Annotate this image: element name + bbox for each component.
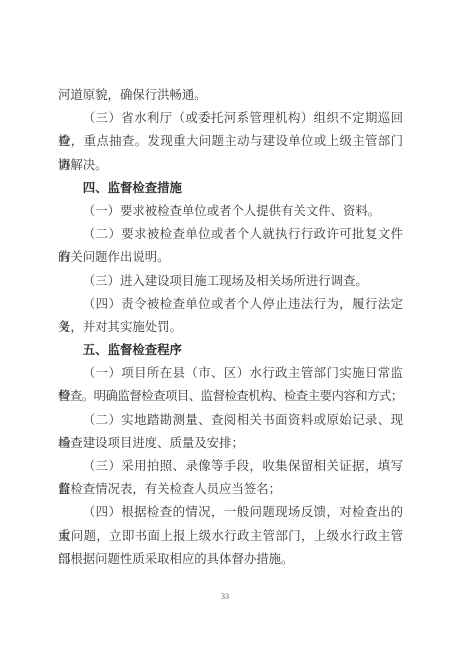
text-line: 有关问题作出说明。: [58, 246, 403, 269]
text-line: 督检查情况表，有关检查人员应当签名；: [58, 478, 403, 501]
text-line: 检查建设项目进度、质量及安排；: [58, 432, 403, 455]
document-page: 河道原貌，确保行洪畅通。（三）省水利厅（或委托河系管理机构）组织不定期巡回检查，…: [0, 0, 459, 650]
page-number: 33: [0, 592, 450, 601]
text-line: （三）省水利厅（或委托河系管理机构）组织不定期巡回检: [58, 107, 403, 130]
text-line: 门根据问题性质采取相应的具体督办措施。: [58, 548, 403, 571]
text-line: （四）责令被检查单位或者个人停止违法行为，履行法定义: [58, 293, 403, 316]
text-line: （一）项目所在县（市、区）水行政主管部门实施日常监督: [58, 362, 403, 385]
text-line: 查，重点抽查。发现重大问题主动与建设单位或上级主管部门协: [58, 130, 403, 153]
text-line: （二）要求被检查单位或者个人就执行行政许可批复文件的: [58, 223, 403, 246]
text-line: 务，并对其实施处罚。: [58, 316, 403, 339]
text-line: （四）根据检查的情况，一般问题现场反馈，对检查出的重: [58, 501, 403, 524]
text-line: 大问题，立即书面上报上级水行政主管部门，上级水行政主管部: [58, 525, 403, 548]
heading-line: 五、监督检查程序: [58, 339, 403, 362]
text-block: 河道原貌，确保行洪畅通。（三）省水利厅（或委托河系管理机构）组织不定期巡回检查，…: [58, 84, 403, 571]
text-line: 河道原貌，确保行洪畅通。: [58, 84, 403, 107]
text-line: （三）进入建设项目施工现场及相关场所进行调查。: [58, 270, 403, 293]
text-line: 调解决。: [58, 154, 403, 177]
text-line: （三）采用拍照、录像等手段，收集保留相关证据，填写监: [58, 455, 403, 478]
text-line: 检查。明确监督检查项目、监督检查机构、检查主要内容和方式；: [58, 385, 403, 408]
heading-line: 四、监督检查措施: [58, 177, 403, 200]
text-line: （一）要求被检查单位或者个人提供有关文件、资料。: [58, 200, 403, 223]
text-line: （二）实地踏勘测量、查阅相关书面资料或原始记录、现场: [58, 409, 403, 432]
